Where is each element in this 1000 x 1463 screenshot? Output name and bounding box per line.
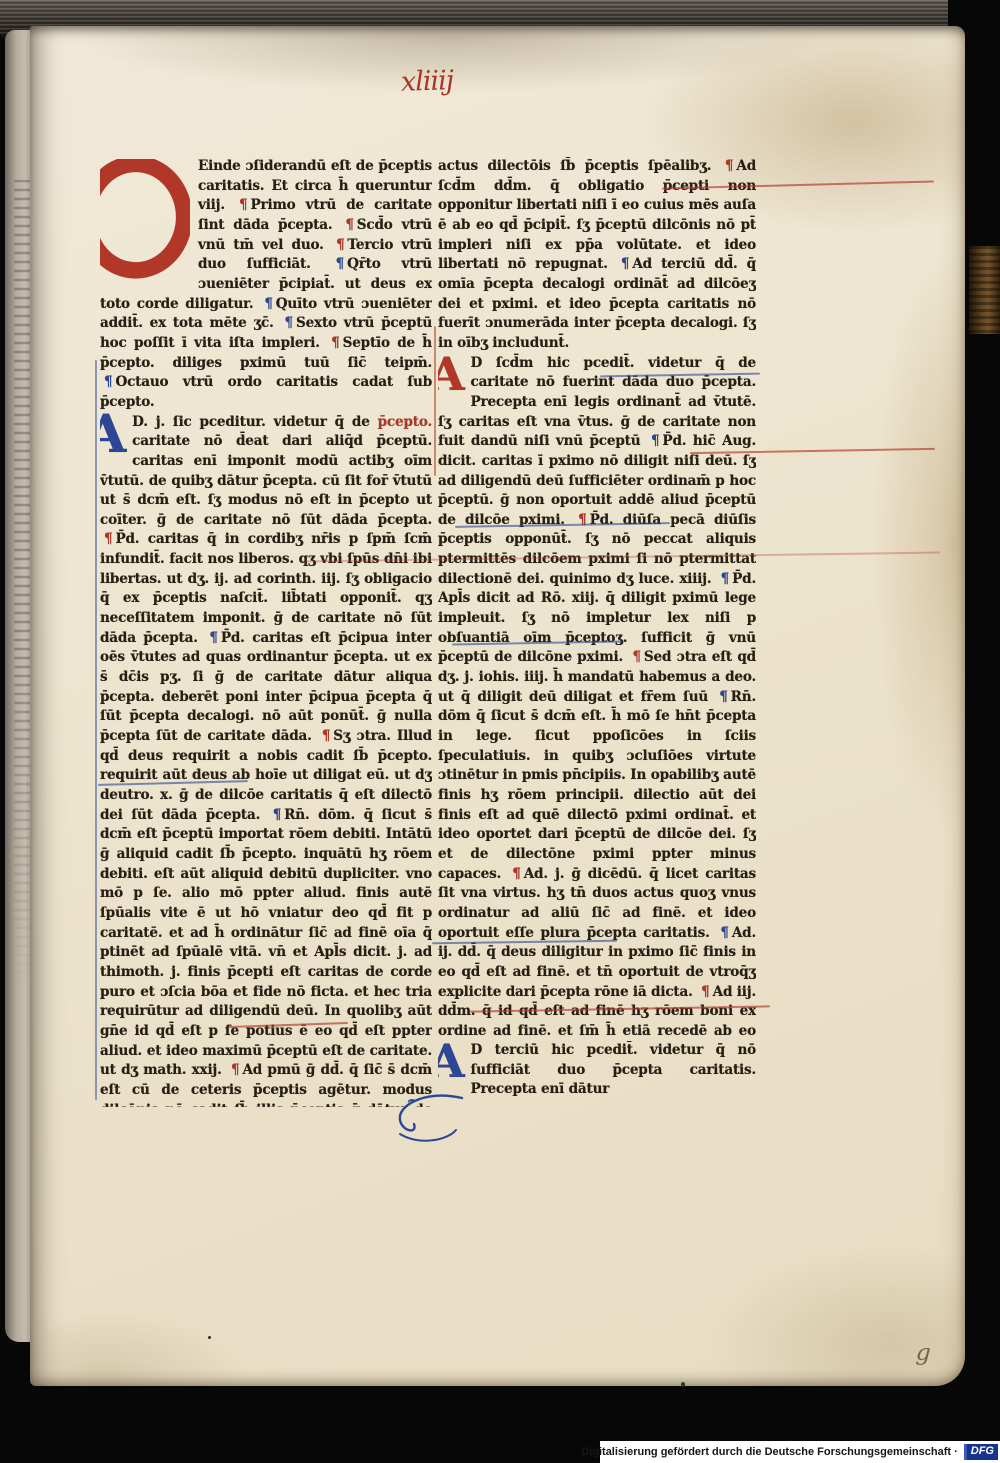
blue-pilcrow: ¶: [716, 925, 731, 941]
text-block: AD terciū hic pcedit̄. videtur q̄ nō ſuf…: [438, 1041, 756, 1100]
blue-pilcrow: ¶: [332, 256, 347, 272]
ink-speck: [208, 1336, 211, 1339]
body-text: caritate nō d̄eat dari aliq̄d p̄ceptū. c…: [100, 433, 432, 528]
corner-signature-mark: g: [915, 1340, 932, 1367]
folio-number: xliiij: [371, 64, 482, 99]
body-text: D terciū hic pcedit̄. videtur q̄ nō ſuff…: [471, 1042, 757, 1097]
illuminated-initial-a: A: [100, 413, 132, 458]
red-pilcrow: ¶: [318, 728, 333, 744]
body-text: Octauo vtrū ordo caritatis cadat ſub p̄c…: [100, 374, 432, 410]
text-block: AD ſcd̄m hic pcedit̄. videtur q̄ de cari…: [438, 354, 756, 1041]
body-text: actus dilectōis ſb̄ p̄ceptis ſpēalibʒ.: [438, 158, 721, 174]
blue-pilcrow: ¶: [281, 315, 296, 331]
red-margin-flourish: [434, 326, 436, 476]
red-pilcrow: ¶: [508, 866, 523, 882]
rubric-text: p̄cepto.: [378, 414, 432, 430]
red-pilcrow: ¶: [235, 197, 250, 213]
red-pilcrow: ¶: [628, 649, 643, 665]
blue-pen-swirl: [392, 1088, 470, 1146]
illuminated-initial-a: A: [438, 354, 471, 395]
red-pilcrow: ¶: [327, 335, 342, 351]
blue-margin-flourish: [95, 360, 97, 1100]
body-text: P̄d. caritas eſt p̄cipua inter oēs v̄tut…: [100, 630, 432, 744]
blue-pilcrow: ¶: [647, 433, 662, 449]
text-block: Einde ɔſiderandū eſt de p̄ceptis caritat…: [100, 157, 432, 413]
body-text: P̄d. caritas q̄ in cordibʒ nr̄is p ſpm̄ …: [100, 531, 432, 645]
red-pilcrow: ¶: [332, 237, 347, 253]
red-pilcrow: ¶: [697, 984, 712, 1000]
blue-pilcrow: ¶: [260, 296, 275, 312]
red-pilcrow: ¶: [227, 1062, 242, 1078]
ink-speck: [681, 1382, 685, 1387]
red-pilcrow: ¶: [721, 158, 736, 174]
text-column-left: Einde ɔſiderandū eſt de p̄ceptis caritat…: [100, 157, 432, 1107]
illuminated-initial-d: [100, 159, 190, 281]
digitization-credit-bar: Digitalisierung gefördert durch die Deut…: [600, 1441, 1000, 1463]
blue-pilcrow: ¶: [715, 689, 730, 705]
manuscript-scan: xliiij Einde ɔſiderandū eſt de p̄ceptis …: [0, 0, 1000, 1463]
blue-pilcrow: ¶: [617, 256, 632, 272]
red-pilcrow: ¶: [341, 217, 356, 233]
body-text: Rn̄. dōm q̄ ſicut s̄ dcm̄ eſt. h̄ mō ſe …: [438, 689, 756, 882]
body-text: Rn̄. dōm. q̄ ſicut s̄ dcm̄ eſt p̄ceptū i…: [100, 807, 432, 1079]
blue-pilcrow: ¶: [269, 807, 284, 823]
text-block: AD. j. ſic pceditur. videtur q̄ de p̄cep…: [100, 413, 432, 1107]
text-column-right-last-block: AD terciū hic pcedit̄. videtur q̄ nō ſuf…: [438, 1041, 756, 1111]
red-pilcrow: ¶: [100, 531, 115, 547]
blue-pilcrow: ¶: [717, 571, 732, 587]
dfg-logo: DFG: [964, 1444, 998, 1460]
credit-text: Digitalisierung gefördert durch die Deut…: [581, 1446, 958, 1458]
binding-clasp-remnant: [969, 246, 1000, 334]
blue-pilcrow: ¶: [205, 630, 220, 646]
blue-pilcrow: ¶: [100, 374, 115, 390]
body-text: D. j. ſic pceditur. videtur q̄ de: [132, 414, 377, 430]
illuminated-initial-a: A: [438, 1041, 471, 1082]
text-column-right: actus dilectōis ſb̄ p̄ceptis ſpēalibʒ. ¶…: [438, 157, 756, 1041]
blue-line-filler: ~: [405, 1089, 423, 1112]
